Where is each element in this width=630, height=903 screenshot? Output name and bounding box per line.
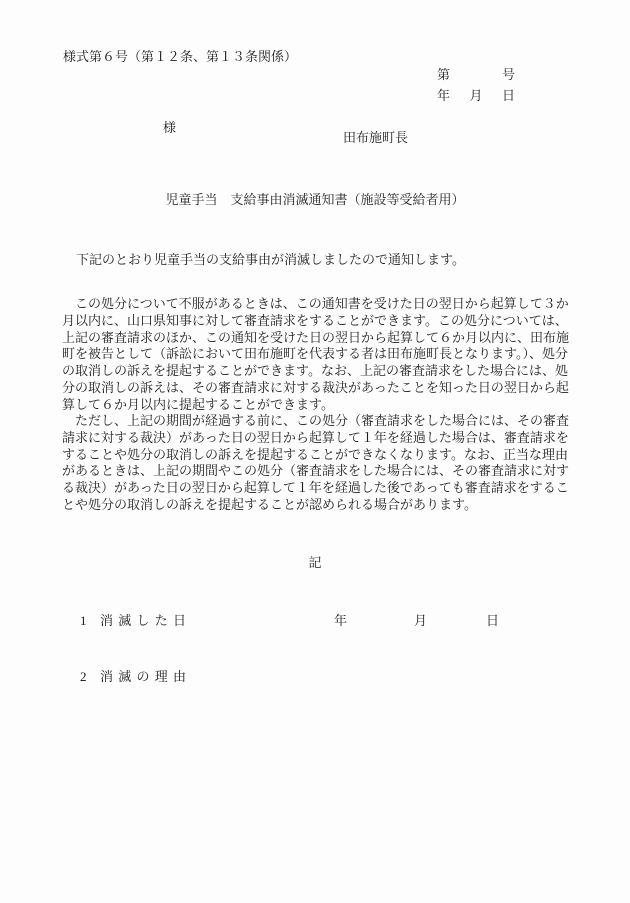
item-extinguish-reason: 2 消 滅 の 理 由 — [0, 668, 630, 685]
date-day-label: 日 — [502, 87, 515, 104]
item2-label: 消 滅 の 理 由 — [100, 668, 187, 685]
addressee-honorific: 様 — [163, 119, 176, 136]
document-title: 児童手当 支給事由消滅通知書（施設等受給者用） — [0, 191, 630, 208]
item1-label: 消 滅 し た 日 — [100, 612, 187, 629]
issue-date-line: 年 月 日 — [437, 87, 515, 104]
date-month-label: 月 — [469, 87, 482, 104]
doc-number-suffix: 号 — [502, 66, 515, 83]
item1-number: 1 — [80, 612, 87, 629]
issuer-name: 田布施町長 — [343, 129, 408, 146]
appeal-instructions-paragraph-2: ただし、上記の期間が経過する前に、この処分（審査請求をした場合には、その審査 請… — [62, 413, 569, 514]
ki-heading: 記 — [0, 554, 630, 571]
item-extinguished-date: 1 消 滅 し た 日 年 月 日 — [0, 612, 630, 629]
form-number-label: 様式第６号（第１２条、第１３条関係） — [63, 48, 297, 65]
item1-day-label: 日 — [486, 612, 499, 629]
date-year-label: 年 — [437, 87, 450, 104]
item2-number: 2 — [80, 668, 87, 685]
doc-number-prefix: 第 — [437, 66, 450, 83]
item1-month-label: 月 — [414, 612, 427, 629]
appeal-instructions-paragraph-1: この処分について不服があるときは、この通知書を受けた日の翌日から起算して３か 月… — [62, 296, 569, 414]
intro-sentence: 下記のとおり児童手当の支給事由が消滅しましたので通知します。 — [63, 251, 465, 268]
item1-year-label: 年 — [334, 612, 347, 629]
document-page: 様式第６号（第１２条、第１３条関係） 第 号 年 月 日 様 田布施町長 児童手… — [0, 0, 630, 903]
document-number-line: 第 号 — [437, 66, 515, 83]
